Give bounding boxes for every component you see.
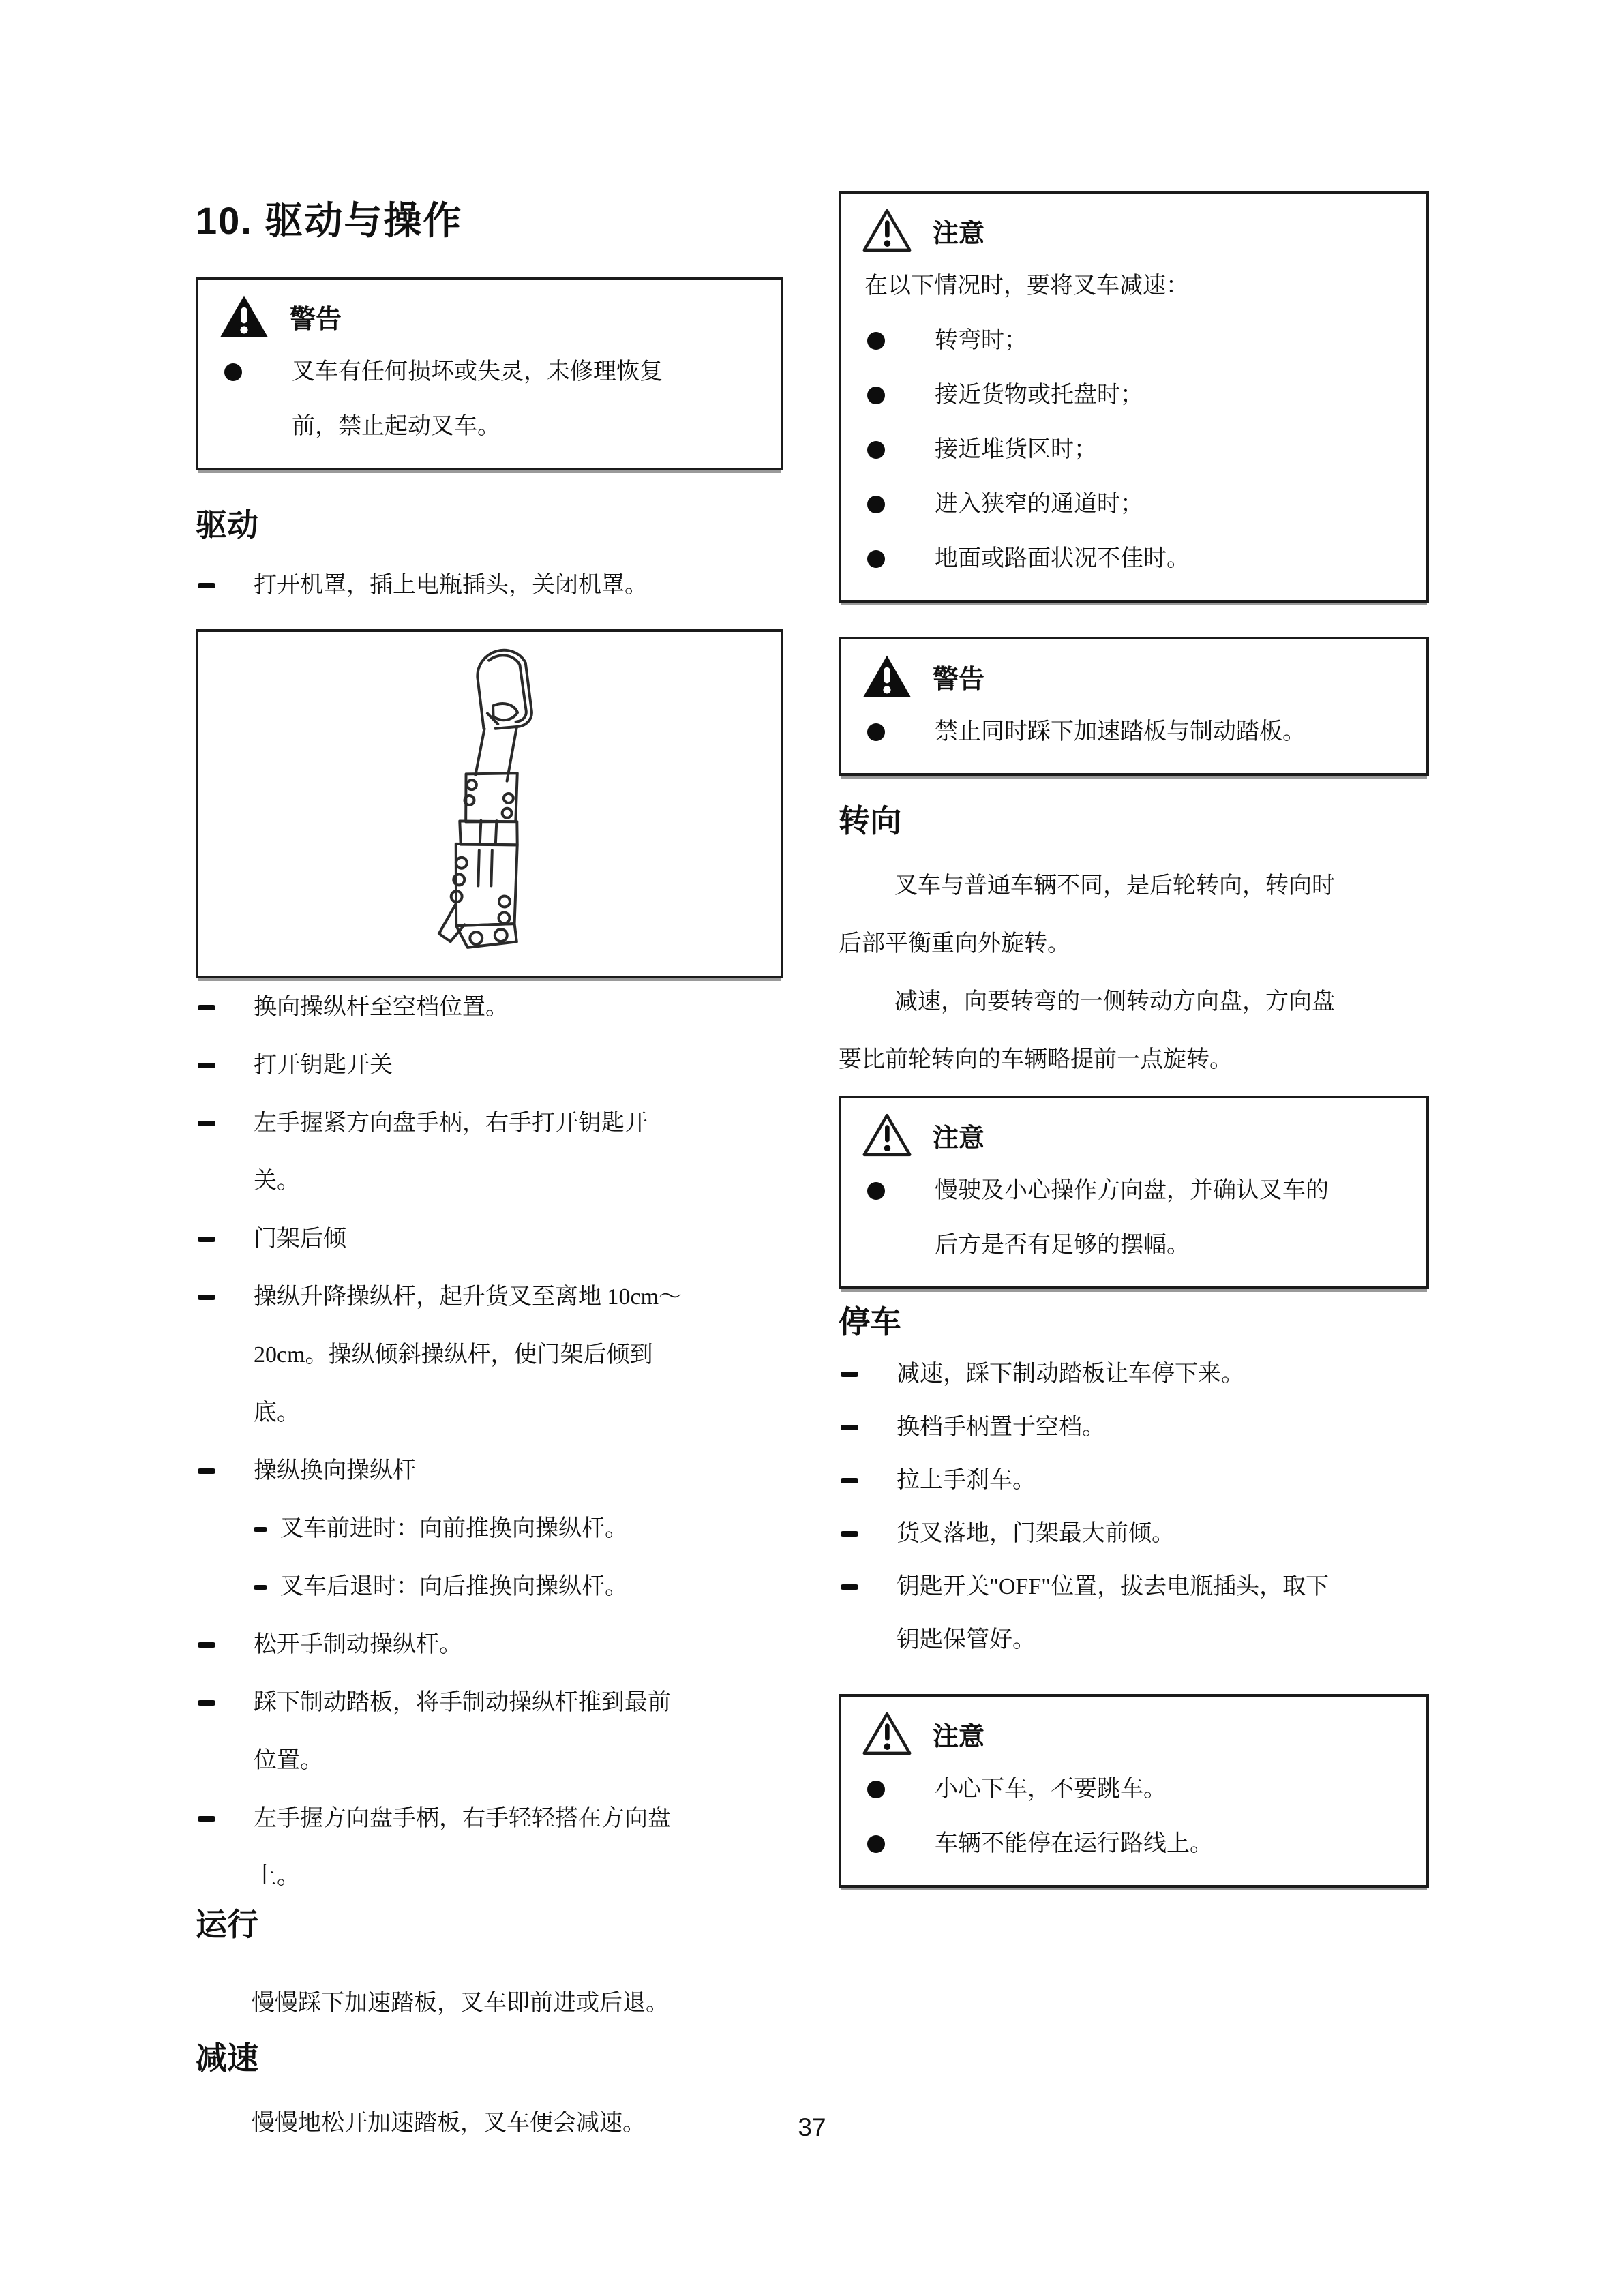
parking-step: 拉上手刹车。: [839, 1454, 1429, 1507]
bullet-dot: [867, 1781, 885, 1798]
drive-step: 操纵升降操纵杆，起升货叉至离地 10cm～20cm。操纵倾斜操纵杆，使门架后倾到…: [196, 1268, 783, 1442]
section-heading-steering: 转向: [839, 802, 1429, 840]
caution-label: 注意: [933, 1715, 984, 1753]
dash-marker: [198, 1005, 215, 1010]
drive-step: 叉车前进时：向前推换向操纵杆。: [196, 1500, 783, 1558]
bullet-dot: [867, 441, 885, 459]
drive-step: 左手握紧方向盘手柄，右手打开钥匙开关。: [196, 1094, 783, 1210]
dash-marker: [198, 1700, 215, 1706]
steering-paragraph: 减速，向要转弯的一侧转动方向盘，方向盘要比前轮转向的车辆略提前一点旋转。: [839, 973, 1349, 1089]
warning-box-header: 警告: [862, 648, 1399, 705]
warning-triangle-icon: [219, 294, 269, 339]
steering-paragraphs: 叉车与普通车辆不同，是后轮转向，转向时后部平衡重向外旋转。 减速，向要转弯的一侧…: [839, 857, 1349, 1089]
caution-triangle-icon: [862, 1711, 912, 1756]
bullet-dot: [867, 723, 885, 741]
page-number: 37: [0, 2113, 1624, 2142]
drive-steps-list: 换向操纵杆至空档位置。 打开钥匙开关 左手握紧方向盘手柄，右手打开钥匙开关。 门…: [196, 978, 783, 1905]
bullet-dot: [867, 550, 885, 568]
dash-marker: [198, 1063, 215, 1068]
bullet-item: 进入狭窄的通道时；: [860, 477, 1399, 532]
pedal-bullet-list: 禁止同时踩下加速踏板与制动踏板。: [860, 705, 1399, 759]
dash-marker: [841, 1372, 858, 1377]
left-column: 10. 驱动与操作 警告 叉车有任何损坏或失灵，未修理恢复: [196, 196, 783, 2152]
slowdown-bullet-list: 转弯时； 接近货物或托盘时； 接近堆货区时； 进入狭窄的通道时；: [860, 314, 1399, 586]
figure-forklift: [196, 629, 783, 978]
dash-marker: [198, 583, 215, 588]
bullet-dot: [867, 387, 885, 404]
dash-marker: [254, 1527, 267, 1532]
dash-marker: [254, 1585, 267, 1590]
bullet-dot: [867, 332, 885, 350]
section-heading-decelerate: 减速: [196, 2039, 783, 2077]
caution-intro: 在以下情况时，要将叉车减速：: [864, 259, 1399, 314]
drive-intro-list: 打开机罩，插上电瓶插头，关闭机罩。: [196, 556, 783, 614]
warning-triangle-icon: [862, 654, 912, 699]
warning-box-header: 警告: [219, 288, 753, 345]
forklift-line-drawing: [377, 641, 602, 967]
caution-box-steering: 注意 慢驶及小心操作方向盘，并确认叉车的后方是否有足够的摆幅。: [839, 1096, 1429, 1289]
caution-box-header: 注意: [862, 1705, 1399, 1762]
warning-box-pedals: 警告 禁止同时踩下加速踏板与制动踏板。: [839, 637, 1429, 776]
drive-step: 门架后倾: [196, 1210, 783, 1268]
bullet-item: 转弯时；: [860, 314, 1399, 368]
caution-box-dismount: 注意 小心下车，不要跳车。 车辆不能停在运行路线上。: [839, 1694, 1429, 1888]
parking-step: 钥匙开关"OFF"位置，拔去电瓶插头，取下钥匙保管好。: [839, 1560, 1429, 1667]
steering-paragraph: 叉车与普通车辆不同，是后轮转向，转向时后部平衡重向外旋转。: [839, 857, 1349, 973]
bullet-dot: [867, 1835, 885, 1853]
right-column: 注意 在以下情况时，要将叉车减速： 转弯时； 接近货物或托盘时；: [839, 191, 1429, 1888]
warning-label: 警告: [290, 298, 342, 335]
dash-marker: [841, 1478, 858, 1483]
bullet-item: 小心下车，不要跳车。: [860, 1762, 1399, 1817]
bullet-item: 慢驶及小心操作方向盘，并确认叉车的后方是否有足够的摆幅。: [860, 1164, 1399, 1273]
warning-box-startup: 警告 叉车有任何损坏或失灵，未修理恢复前，禁止起动叉车。: [196, 277, 783, 470]
parking-step: 货叉落地，门架最大前倾。: [839, 1507, 1429, 1560]
bullet-dot: [867, 496, 885, 513]
warning-bullet-list: 叉车有任何损坏或失灵，未修理恢复前，禁止起动叉车。: [217, 345, 753, 454]
drive-step: 叉车后退时：向后推换向操纵杆。: [196, 1558, 783, 1616]
bullet-item: 地面或路面状况不佳时。: [860, 532, 1399, 586]
bullet-item: 接近堆货区时；: [860, 423, 1399, 477]
section-heading-run: 运行: [196, 1905, 783, 1944]
warning-label: 警告: [933, 658, 984, 695]
dash-marker: [198, 1468, 215, 1474]
dash-marker: [198, 1642, 215, 1648]
bullet-dot: [867, 1182, 885, 1200]
drive-step: 操纵换向操纵杆: [196, 1442, 783, 1500]
dash-marker: [841, 1425, 858, 1430]
caution-label: 注意: [933, 212, 984, 250]
manual-page: 10. 驱动与操作 警告 叉车有任何损坏或失灵，未修理恢复: [0, 0, 1624, 2296]
bullet-item: 接近货物或托盘时；: [860, 368, 1399, 423]
parking-step: 换档手柄置于空档。: [839, 1401, 1429, 1454]
caution-box-header: 注意: [862, 202, 1399, 259]
caution-label: 注意: [933, 1117, 984, 1154]
drive-step: 打开机罩，插上电瓶插头，关闭机罩。: [196, 556, 783, 614]
caution-box-header: 注意: [862, 1106, 1399, 1164]
drive-step: 松开手制动操纵杆。: [196, 1616, 783, 1674]
dash-marker: [841, 1531, 858, 1537]
page-title: 10. 驱动与操作: [196, 196, 783, 245]
dash-marker: [198, 1295, 215, 1300]
drive-step: 左手握方向盘手柄，右手轻轻搭在方向盘上。: [196, 1789, 783, 1905]
bullet-item: 禁止同时踩下加速踏板与制动踏板。: [860, 705, 1399, 759]
caution-triangle-icon: [862, 1113, 912, 1158]
dash-marker: [198, 1237, 215, 1242]
bullet-item: 车辆不能停在运行路线上。: [860, 1817, 1399, 1871]
section-heading-drive: 驱动: [196, 506, 783, 544]
dismount-bullet-list: 小心下车，不要跳车。 车辆不能停在运行路线上。: [860, 1762, 1399, 1871]
caution-box-slowdown: 注意 在以下情况时，要将叉车减速： 转弯时； 接近货物或托盘时；: [839, 191, 1429, 603]
drive-step: 打开钥匙开关: [196, 1036, 783, 1094]
caution-triangle-icon: [862, 208, 912, 253]
parking-steps-list: 减速，踩下制动踏板让车停下来。 换档手柄置于空档。 拉上手刹车。 货叉落地，门架…: [839, 1348, 1429, 1667]
bullet-item: 叉车有任何损坏或失灵，未修理恢复前，禁止起动叉车。: [217, 345, 753, 454]
dash-marker: [198, 1816, 215, 1822]
dash-marker: [198, 1121, 215, 1126]
parking-step: 减速，踩下制动踏板让车停下来。: [839, 1348, 1429, 1401]
drive-step: 踩下制动踏板，将手制动操纵杆推到最前位置。: [196, 1674, 783, 1789]
run-paragraph: 慢慢踩下加速踏板，叉车即前进或后退。: [196, 1974, 783, 2032]
steering-bullet-list: 慢驶及小心操作方向盘，并确认叉车的后方是否有足够的摆幅。: [860, 1164, 1399, 1273]
dash-marker: [841, 1584, 858, 1590]
section-heading-parking: 停车: [839, 1303, 1429, 1341]
drive-step: 换向操纵杆至空档位置。: [196, 978, 783, 1036]
bullet-dot: [224, 363, 242, 381]
